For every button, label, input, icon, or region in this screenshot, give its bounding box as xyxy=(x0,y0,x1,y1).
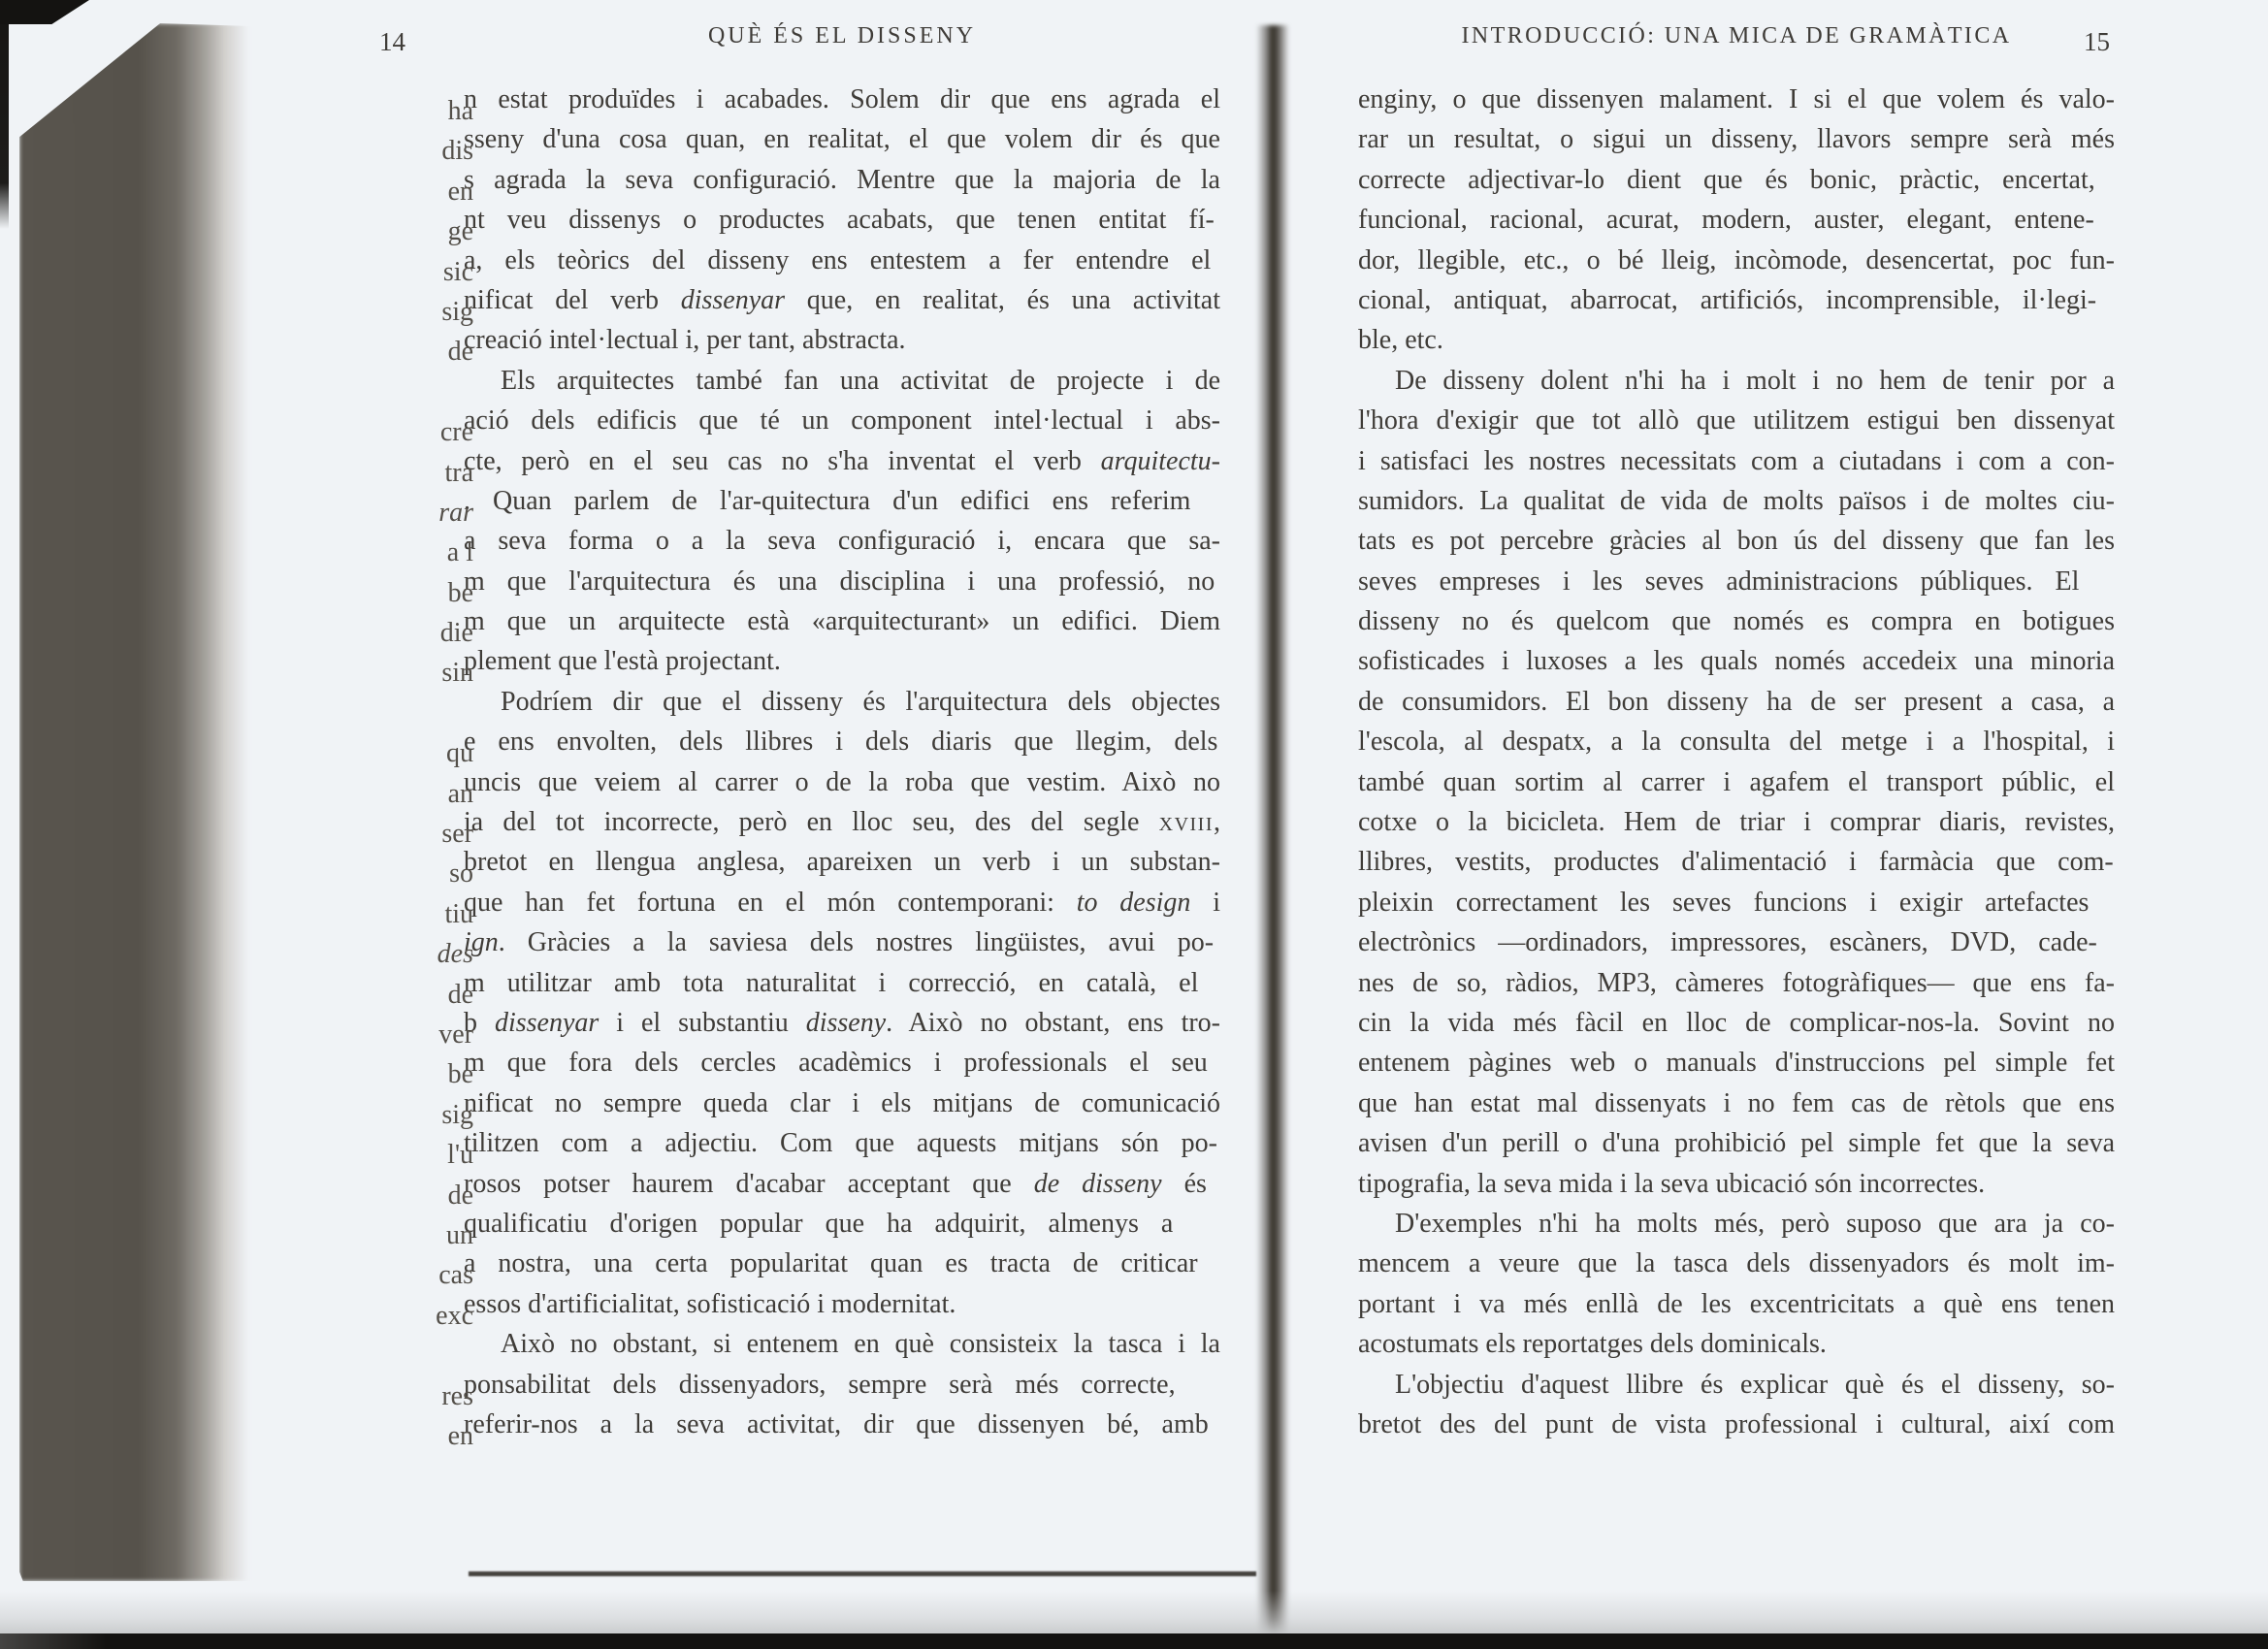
text-line: verb dissenyar i el substantiu disseny. … xyxy=(464,1003,1220,1043)
text-line: dem utilitzar amb tota naturalitat i cor… xyxy=(464,963,1220,1003)
line-text: disseny no és quelcom que només es compr… xyxy=(1358,601,2115,641)
text-line: que ens envolten, dels llibres i dels di… xyxy=(464,722,1220,761)
top-left-corner-mark xyxy=(0,0,89,24)
text-line: excessos d'artificialitat, sofisticació … xyxy=(464,1284,1220,1324)
text-line: enginy, o que dissenyen malament. I si e… xyxy=(1358,80,2115,119)
line-text: ign. Gràcies a la saviesa dels nostres l… xyxy=(464,922,1214,962)
text-line: l'hora d'exigir que tot allò que utilitz… xyxy=(1358,401,2115,440)
line-text: de consumidors. El bon disseny ha de ser… xyxy=(1358,682,2115,722)
line-text: avisen d'un perill o d'una prohibició pe… xyxy=(1358,1123,2115,1163)
text-line: creació dels edificis que té un componen… xyxy=(464,401,1220,440)
left-edge-black-strip xyxy=(0,0,9,229)
line-text: seves empreses i les seves administracio… xyxy=(1358,562,2079,601)
text-line: decreació intel·lectual i, per tant, abs… xyxy=(464,320,1220,360)
text-line: dor, llegible, etc., o bé lleig, incòmod… xyxy=(1358,241,2115,280)
line-text: a, els teòrics del disseny ens entestem … xyxy=(464,241,1211,280)
text-line: que han estat mal dissenyats i no fem ca… xyxy=(1358,1083,2115,1123)
line-text: llibres, vestits, productes d'alimentaci… xyxy=(1358,842,2114,882)
text-line: derosos potser haurem d'acabar acceptant… xyxy=(464,1164,1220,1204)
line-text: ia del tot incorrecte, però en lloc seu,… xyxy=(464,802,1220,842)
text-line: pleixin correctament les seves funcions … xyxy=(1358,883,2115,922)
line-text: electrònics —ordinadors, impressores, es… xyxy=(1358,922,2097,962)
bottom-scan-gradient xyxy=(0,1591,2268,1635)
page-number-right: 15 xyxy=(2084,27,2110,57)
line-text: plement que l'està projectant. xyxy=(464,641,781,681)
text-line: sumidors. La qualitat de vida de molts p… xyxy=(1358,481,2115,521)
text-line: l'escola, al despatx, a la consulta del … xyxy=(1358,722,2115,761)
text-line: dissseny d'una cosa quan, en realitat, e… xyxy=(464,119,1220,159)
text-line: enreferir-nos a la seva activitat, dir q… xyxy=(464,1405,1220,1444)
text-line: design. Gràcies a la saviesa dels nostre… xyxy=(464,922,1220,962)
line-text: nificat del verb dissenyar que, en reali… xyxy=(464,280,1220,320)
text-line: responsabilitat dels dissenyadors, sempr… xyxy=(464,1365,1220,1405)
line-text: que han fet fortuna en el món contempora… xyxy=(464,883,1220,922)
text-line: D'exemples n'hi ha molts més, però supos… xyxy=(1358,1204,2115,1244)
line-text: m que l'arquitectura és una disciplina i… xyxy=(464,562,1215,601)
line-text: rar un resultat, o sigui un disseny, lla… xyxy=(1358,119,2115,159)
line-text: sofisticades i luxoses a les quals només… xyxy=(1358,641,2115,681)
text-line: tipografia, la seva mida i la seva ubica… xyxy=(1358,1164,2115,1204)
running-head-right: INTRODUCCIÓ: UNA MICA DE GRAMÀTICA xyxy=(1358,23,2115,49)
line-text: ble, etc. xyxy=(1358,320,1443,360)
line-text: ponsabilitat dels dissenyadors, sempre s… xyxy=(464,1365,1176,1405)
line-text: nt veu dissenys o productes acabats, que… xyxy=(464,200,1215,240)
text-line: de consumidors. El bon disseny ha de ser… xyxy=(1358,682,2115,722)
text-line: sobretot en llengua anglesa, apareixen u… xyxy=(464,842,1220,882)
text-line: sofisticades i luxoses a les quals només… xyxy=(1358,641,2115,681)
text-line: unqualificatiu d'origen popular que ha a… xyxy=(464,1204,1220,1244)
text-line: L'objectiu d'aquest llibre és explicar q… xyxy=(1358,1365,2115,1405)
line-text: creació intel·lectual i, per tant, abstr… xyxy=(464,320,906,360)
line-text: Els arquitectes també fan una activitat … xyxy=(501,361,1220,401)
text-line: bretot des del punt de vista professiona… xyxy=(1358,1405,2115,1444)
text-line: ens agrada la seva configuració. Mentre … xyxy=(464,160,1220,200)
line-text: De disseny dolent n'hi ha i molt i no he… xyxy=(1395,361,2115,401)
text-line: disseny no és quelcom que només es compr… xyxy=(1358,601,2115,641)
text-line: avisen d'un perill o d'una prohibició pe… xyxy=(1358,1123,2115,1163)
line-text: portant i va més enllà de les excentrici… xyxy=(1358,1284,2115,1324)
line-text: rosos potser haurem d'acabar acceptant q… xyxy=(464,1164,1207,1204)
line-text: pleixin correctament les seves funcions … xyxy=(1358,883,2089,922)
text-line: casa nostra, una certa popularitat quan … xyxy=(464,1244,1220,1283)
text-block-right: enginy, o que dissenyen malament. I si e… xyxy=(1358,80,2115,1444)
text-line: rar. Quan parlem de l'ar-quitectura d'un… xyxy=(464,481,1220,521)
text-line: gent veu dissenys o productes acabats, q… xyxy=(464,200,1220,240)
text-line: Podríem dir que el disseny és l'arquitec… xyxy=(464,682,1220,722)
text-line: bem que fora dels cercles acadèmics i pr… xyxy=(464,1043,1220,1083)
line-text: nificat no sempre queda clar i els mitja… xyxy=(464,1083,1220,1123)
line-text: nes de so, ràdios, MP3, càmeres fotogràf… xyxy=(1358,963,2115,1003)
line-text: cional, antiquat, abarrocat, artificiós,… xyxy=(1358,280,2096,320)
running-head-left: QUÈ ÉS EL DISSENY xyxy=(464,23,1220,49)
line-text: cin la vida més fàcil en lloc de complic… xyxy=(1358,1003,2115,1043)
text-line: seves empreses i les seves administracio… xyxy=(1358,562,2115,601)
line-text: m utilitzar amb tota naturalitat i corre… xyxy=(464,963,1198,1003)
text-line: seria del tot incorrecte, però en lloc s… xyxy=(464,802,1220,842)
text-line: significat del verb dissenyar que, en re… xyxy=(464,280,1220,320)
line-text: Podríem dir que el disseny és l'arquitec… xyxy=(501,682,1220,722)
text-line: sica, els teòrics del disseny ens entest… xyxy=(464,241,1220,280)
line-text: enginy, o que dissenyen malament. I si e… xyxy=(1358,80,2115,119)
line-text: b dissenyar i el substantiu disseny. Aix… xyxy=(464,1003,1220,1043)
line-text: e ens envolten, dels llibres i dels diar… xyxy=(464,722,1217,761)
text-line: diem que un arquitecte està «arquitectur… xyxy=(464,601,1220,641)
text-line: tats es pot percebre gràcies al bon ús d… xyxy=(1358,521,2115,561)
line-text: essos d'artificialitat, sofisticació i m… xyxy=(464,1284,956,1324)
line-text: tats es pot percebre gràcies al bon ús d… xyxy=(1358,521,2115,561)
text-line: mencem a veure que la tasca dels disseny… xyxy=(1358,1244,2115,1283)
line-text: ació dels edificis que té un component i… xyxy=(464,401,1220,440)
text-line: significat no sempre queda clar i els mi… xyxy=(464,1083,1220,1123)
text-line: correcte adjectivar-lo dient que és boni… xyxy=(1358,160,2115,200)
text-line: tiuque han fet fortuna en el món contemp… xyxy=(464,883,1220,922)
text-line: cotxe o la bicicleta. Hem de triar i com… xyxy=(1358,802,2115,842)
left-page-bottom-edge-line xyxy=(469,1571,1256,1576)
text-block-left: han estat produïdes i acabades. Solem di… xyxy=(464,80,1220,1444)
book-gutter-shadow xyxy=(1256,25,1289,1649)
page-number-left: 14 xyxy=(379,27,405,57)
text-line: bem que l'arquitectura és una disciplina… xyxy=(464,562,1220,601)
line-text: sseny d'una cosa quan, en realitat, el q… xyxy=(464,119,1220,159)
text-line: Això no obstant, si entenem en què consi… xyxy=(464,1324,1220,1364)
text-line: De disseny dolent n'hi ha i molt i no he… xyxy=(1358,361,2115,401)
text-line: entenem pàgines web o manuals d'instrucc… xyxy=(1358,1043,2115,1083)
bottom-scan-bar xyxy=(0,1633,2268,1649)
text-line: a la seva forma o a la seva configuració… xyxy=(464,521,1220,561)
book-scan: { "document": { "type": "scanned-book-sp… xyxy=(0,0,2268,1649)
text-line: rar un resultat, o sigui un disseny, lla… xyxy=(1358,119,2115,159)
line-text: l'hora d'exigir que tot allò que utilitz… xyxy=(1358,401,2115,440)
line-text: l'escola, al despatx, a la consulta del … xyxy=(1358,722,2115,761)
line-text: tipografia, la seva mida i la seva ubica… xyxy=(1358,1164,1985,1204)
text-line: funcional, racional, acurat, modern, aus… xyxy=(1358,200,2115,240)
text-line: llibres, vestits, productes d'alimentaci… xyxy=(1358,842,2115,882)
line-text: L'objectiu d'aquest llibre és explicar q… xyxy=(1395,1365,2115,1405)
line-text: i satisfaci les nostres necessitats com … xyxy=(1358,441,2115,481)
line-text: dor, llegible, etc., o bé lleig, incòmod… xyxy=(1358,241,2115,280)
line-text: bretot des del punt de vista professiona… xyxy=(1358,1405,2115,1444)
line-text: D'exemples n'hi ha molts més, però supos… xyxy=(1395,1204,2115,1244)
line-text: també quan sortim al carrer i agafem el … xyxy=(1358,762,2115,802)
line-text: correcte adjectivar-lo dient que és boni… xyxy=(1358,160,2095,200)
line-text: funcional, racional, acurat, modern, aus… xyxy=(1358,200,2094,240)
line-text: s agrada la seva configuració. Mentre qu… xyxy=(464,160,1220,200)
text-line: tracte, però en el seu cas no s'ha inven… xyxy=(464,441,1220,481)
text-line: Els arquitectes també fan una activitat … xyxy=(464,361,1220,401)
line-text: mencem a veure que la tasca dels disseny… xyxy=(1358,1244,2115,1283)
line-text: cte, però en el seu cas no s'ha inventat… xyxy=(464,441,1220,481)
line-text: sumidors. La qualitat de vida de molts p… xyxy=(1358,481,2115,521)
line-text: . Quan parlem de l'ar-quitectura d'un ed… xyxy=(464,481,1190,521)
text-line: també quan sortim al carrer i agafem el … xyxy=(1358,762,2115,802)
line-text: a nostra, una certa popularitat quan es … xyxy=(464,1244,1198,1283)
line-text: n estat produïdes i acabades. Solem dir … xyxy=(464,80,1220,119)
line-text: uncis que veiem al carrer o de la roba q… xyxy=(464,762,1220,802)
page-edge-shadow xyxy=(19,23,258,1581)
line-text: bretot en llengua anglesa, apareixen un … xyxy=(464,842,1220,882)
line-text: cotxe o la bicicleta. Hem de triar i com… xyxy=(1358,802,2115,842)
line-text: que han estat mal dissenyats i no fem ca… xyxy=(1358,1083,2115,1123)
line-text: tilitzen com a adjectiu. Com que aquests… xyxy=(464,1123,1217,1163)
text-line: anuncis que veiem al carrer o de la roba… xyxy=(464,762,1220,802)
line-text: acostumats els reportatges dels dominica… xyxy=(1358,1324,1827,1364)
line-text: Això no obstant, si entenem en què consi… xyxy=(501,1324,1220,1364)
text-line: cional, antiquat, abarrocat, artificiós,… xyxy=(1358,280,2115,320)
line-text: m que fora dels cercles acadèmics i prof… xyxy=(464,1043,1208,1083)
text-line: i satisfaci les nostres necessitats com … xyxy=(1358,441,2115,481)
line-text: qualificatiu d'origen popular que ha adq… xyxy=(464,1204,1173,1244)
text-line: l'utilitzen com a adjectiu. Com que aque… xyxy=(464,1123,1220,1163)
ghost-text: en xyxy=(448,1416,473,1456)
text-line: cin la vida més fàcil en lloc de complic… xyxy=(1358,1003,2115,1043)
text-line: sinplement que l'està projectant. xyxy=(464,641,1220,681)
line-text: m que un arquitecte està «arquitecturant… xyxy=(464,601,1220,641)
line-text: a seva forma o a la seva configuració i,… xyxy=(464,521,1220,561)
bottom-scan-bar-left-fade xyxy=(0,1633,107,1649)
text-line: ble, etc. xyxy=(1358,320,2115,360)
text-line: han estat produïdes i acabades. Solem di… xyxy=(464,80,1220,119)
text-line: nes de so, ràdios, MP3, càmeres fotogràf… xyxy=(1358,963,2115,1003)
line-text: entenem pàgines web o manuals d'instrucc… xyxy=(1358,1043,2115,1083)
text-line: portant i va més enllà de les excentrici… xyxy=(1358,1284,2115,1324)
text-line: electrònics —ordinadors, impressores, es… xyxy=(1358,922,2115,962)
line-text: referir-nos a la seva activitat, dir que… xyxy=(464,1405,1209,1444)
text-line: acostumats els reportatges dels dominica… xyxy=(1358,1324,2115,1364)
